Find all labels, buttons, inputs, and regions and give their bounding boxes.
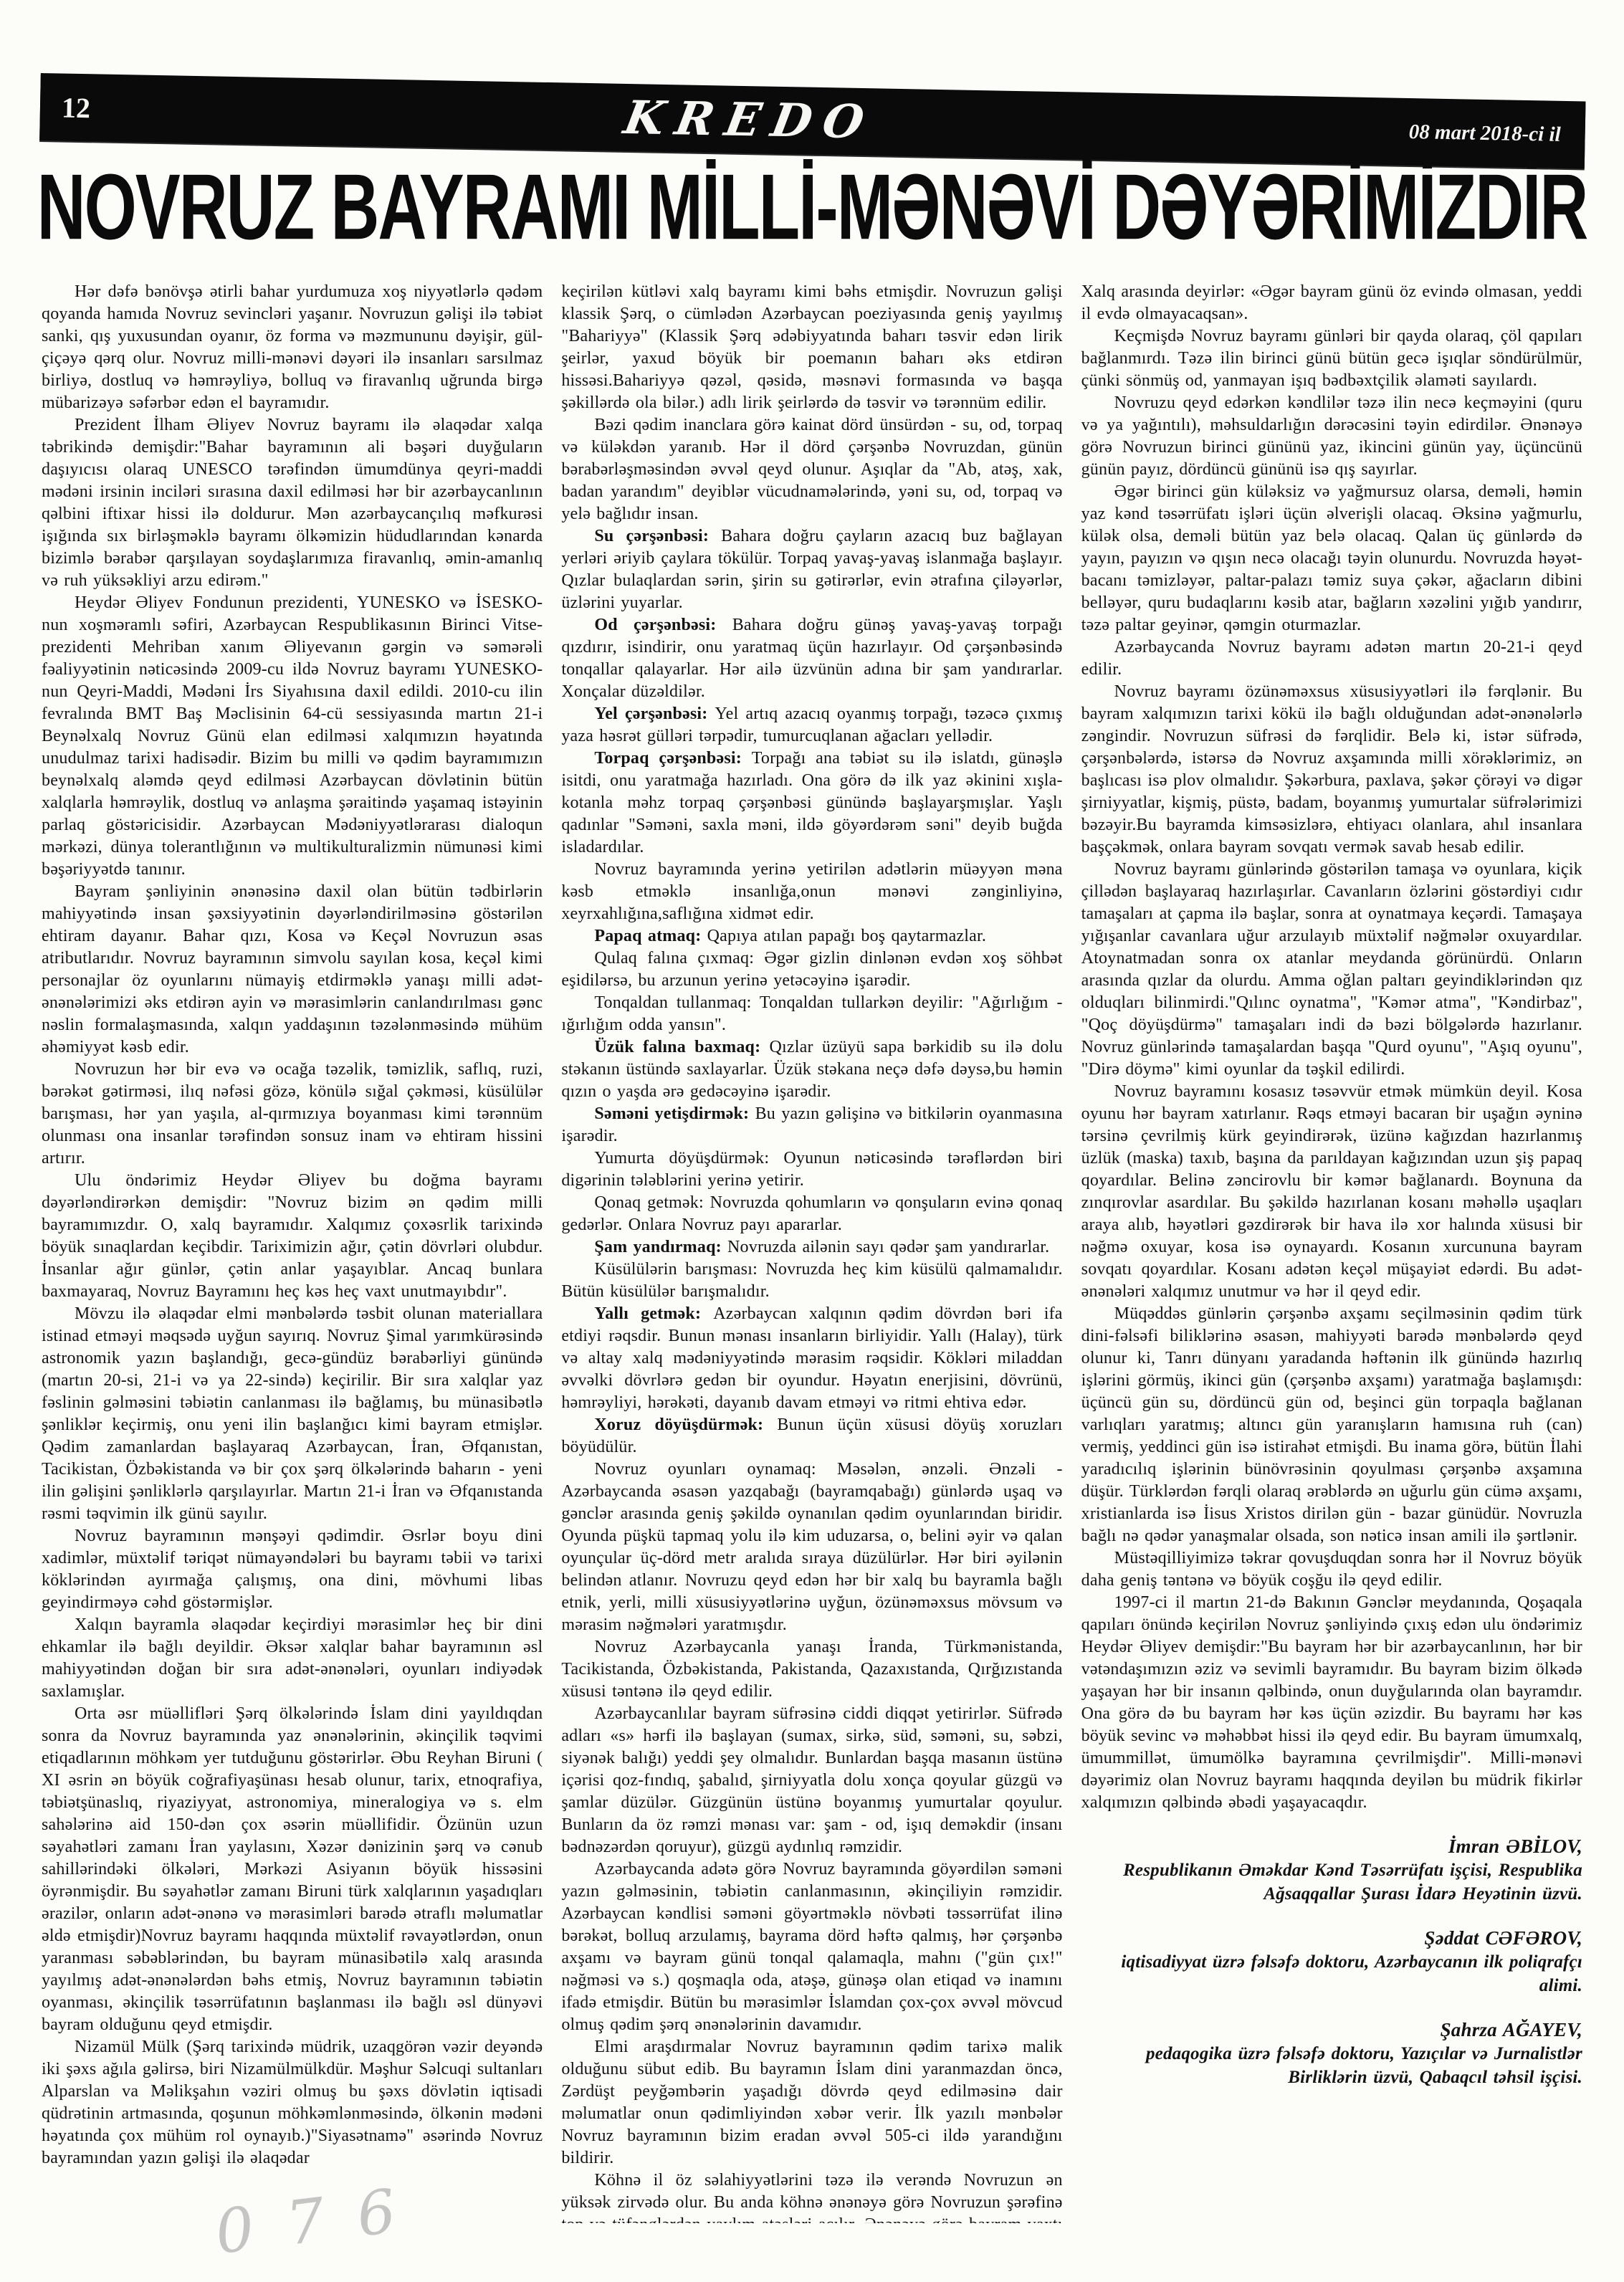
article-paragraph: Ulu öndərimiz Heydər Əliyev bu doğma bay… (42, 1170, 543, 1303)
article-paragraph: Novruz bayramının mənşəyi qədimdir. Əsrl… (42, 1525, 543, 1614)
article-paragraph: Torpaq çərşənbəsi: Torpağı ana təbiət su… (561, 748, 1062, 859)
article-paragraph: Səməni yetişdirmək: Bu yazın gəlişinə və… (561, 1103, 1062, 1147)
article-paragraph: Keçmişdə Novruz bayramı günləri bir qayd… (1081, 325, 1582, 392)
paragraph-lead: Səməni yetişdirmək: (594, 1104, 755, 1123)
article-paragraph: Novruz oyunları oynamaq: Məsələn, ənzəli… (561, 1459, 1062, 1636)
paragraph-lead: Üzük falına baxmaq: (594, 1038, 769, 1056)
author-signature: Şahrza AĞAYEV,pedaqogika üzrə fəlsəfə do… (1081, 2018, 1582, 2089)
signature-title: Respublikanın Əməkdar Kənd Təsərrüfatı i… (1081, 1858, 1582, 1906)
author-signature: İmran ƏBİLOV,Respublikanın Əməkdar Kənd … (1081, 1834, 1582, 1906)
article-paragraph: Xoruz döyüşdürmək: Bunun üçün xüsusi döy… (561, 1414, 1062, 1459)
paragraph-lead: Torpaq çərşənbəsi: (594, 749, 751, 768)
article-paragraph: Küsülülərin barışması: Novruzda heç kim … (561, 1259, 1062, 1303)
article-paragraph: Xalq arasında deyirlər: «Əgər bayram gün… (1081, 281, 1582, 325)
article-paragraph: Müstəqilliyimizə təkrar qovuşduqdan sonr… (1081, 1547, 1582, 1592)
article-paragraph: Novruz Azərbaycanla yanaşı İranda, Türkm… (561, 1636, 1062, 1703)
article-paragraph: Od çərşənbəsi: Bahara doğru günəş yavaş-… (561, 614, 1062, 703)
paragraph-lead: Papaq atmaq: (594, 927, 707, 945)
article-paragraph: Yumurta döyüşdürmək: Oyunun nəticəsində … (561, 1147, 1062, 1192)
article-body: Hər dəfə bənövşə ətirli bahar yurdumuza … (42, 281, 1582, 2223)
paragraph-lead: Yallı getmək: (594, 1304, 713, 1323)
text-column-3: Xalq arasında deyirlər: «Əgər bayram gün… (1081, 281, 1582, 2223)
article-paragraph: Orta əsr müəllifləri Şərq ölkələrində İs… (42, 1703, 543, 2036)
article-paragraph: Papaq atmaq: Qapıya atılan papağı boş qa… (561, 925, 1062, 947)
article-paragraph: Nizamül Mülk (Şərq tarixində müdrik, uza… (42, 2036, 543, 2169)
newspaper-page: 12 KREDO 08 mart 2018-ci il NOVRUZ BAYRA… (0, 0, 1624, 2282)
paragraph-lead: Xoruz döyüşdürmək: (594, 1415, 777, 1434)
text-column-1: Hər dəfə bənövşə ətirli bahar yurdumuza … (42, 281, 543, 2223)
paragraph-lead: Od çərşənbəsi: (594, 616, 732, 634)
paragraph-lead: Su çərşənbəsi: (594, 527, 721, 545)
article-paragraph: Tonqaldan tullanmaq: Tonqaldan tullarkən… (561, 992, 1062, 1036)
article-paragraph: Azərbaycanda Novruz bayramı adətən martı… (1081, 636, 1582, 681)
article-paragraph: 1997-ci il martın 21-də Bakının Gənclər … (1081, 1592, 1582, 1814)
article-paragraph: Üzük falına baxmaq: Qızlar üzüyü sapa bə… (561, 1036, 1062, 1103)
article-paragraph: Elmi araşdırmalar Novruz bayramının qədi… (561, 2036, 1062, 2169)
masthead-title: KREDO (85, 81, 1413, 158)
article-paragraph: Qulaq falına çıxmaq: Əgər gizlin dinlənə… (561, 947, 1062, 992)
author-signature: Şəddat CƏFƏROV,iqtisadiyyat üzrə fəlsəfə… (1081, 1926, 1582, 1997)
article-paragraph: Heydər Əliyev Fondunun prezidenti, YUNES… (42, 592, 543, 881)
issue-date: 08 mart 2018-ci il (1409, 120, 1561, 147)
text-column-2: keçirilən kütləvi xalq bayramı kimi bəhs… (561, 281, 1062, 2223)
article-paragraph: Su çərşənbəsi: Bahara doğru çayların aza… (561, 525, 1062, 614)
article-paragraph: Müqəddəs günlərin çərşənbə axşamı seçilm… (1081, 1303, 1582, 1547)
article-paragraph: Yel çərşənbəsi: Yel artıq azacıq oyanmış… (561, 703, 1062, 748)
article-paragraph: Novruz bayramını kosasız təsəvvür etmək … (1081, 1081, 1582, 1303)
paragraph-lead: Yel çərşənbəsi: (594, 705, 715, 723)
article-paragraph: Azərbaycanlılar bayram süfrəsinə ciddi d… (561, 1703, 1062, 1858)
article-paragraph: Novruz bayramında yerinə yetirilən adətl… (561, 859, 1062, 925)
article-paragraph: keçirilən kütləvi xalq bayramı kimi bəhs… (561, 281, 1062, 414)
paragraph-lead: Şam yandırmaq: (594, 1238, 727, 1256)
article-paragraph: Bəzi qədim inanclara görə kainat dörd ün… (561, 414, 1062, 525)
article-paragraph: Mövzu ilə əlaqədar elmi mənbələrdə təsbi… (42, 1303, 543, 1525)
article-paragraph: Qonaq getmək: Novruzda qohumların və qon… (561, 1192, 1062, 1236)
signature-name: Şəddat CƏFƏROV, (1081, 1926, 1582, 1950)
article-paragraph: Novruzu qeyd edərkən kəndlilər təzə ilin… (1081, 392, 1582, 481)
article-paragraph: Novruzun hər bir evə və ocağa təzəlik, t… (42, 1059, 543, 1170)
signature-name: İmran ƏBİLOV, (1081, 1834, 1582, 1858)
article-paragraph: Hər dəfə bənövşə ətirli bahar yurdumuza … (42, 281, 543, 414)
article-paragraph: Əgər birinci gün küləksiz və yağmursuz o… (1081, 481, 1582, 636)
article-paragraph: Şam yandırmaq: Novruzda ailənin sayı qəd… (561, 1236, 1062, 1259)
article-paragraph: Novruz bayramı özünəməxsus xüsusiyyətlər… (1081, 681, 1582, 859)
signature-title: pedaqogika üzrə fəlsəfə doktoru, Yazıçıl… (1081, 2042, 1582, 2089)
article-paragraph: Köhnə il öz səlahiyyətlərini təzə ilə ve… (561, 2169, 1062, 2223)
article-paragraph: Novruz bayramı günlərində göstərilən tam… (1081, 859, 1582, 1081)
article-headline: NOVRUZ BAYRAMI MİLLİ-MƏNƏVİ DƏYƏRİMİZDİR (24, 153, 1600, 261)
article-paragraph: Yallı getmək: Azərbaycan xalqının qədim … (561, 1303, 1062, 1414)
article-paragraph: Prezident İlham Əliyev Novruz bayramı il… (42, 414, 543, 592)
article-paragraph: Xalqın bayramla əlaqədar keçirdiyi məras… (42, 1614, 543, 1703)
page-number: 12 (62, 90, 91, 125)
article-paragraph: Bayram şənliyinin ənənəsinə daxil olan b… (42, 881, 543, 1059)
signature-title: iqtisadiyyat üzrə fəlsəfə doktoru, Azərb… (1081, 1950, 1582, 1997)
signature-name: Şahrza AĞAYEV, (1081, 2018, 1582, 2042)
article-paragraph: Azərbaycanda adətə görə Novruz bayramınd… (561, 1858, 1062, 2036)
